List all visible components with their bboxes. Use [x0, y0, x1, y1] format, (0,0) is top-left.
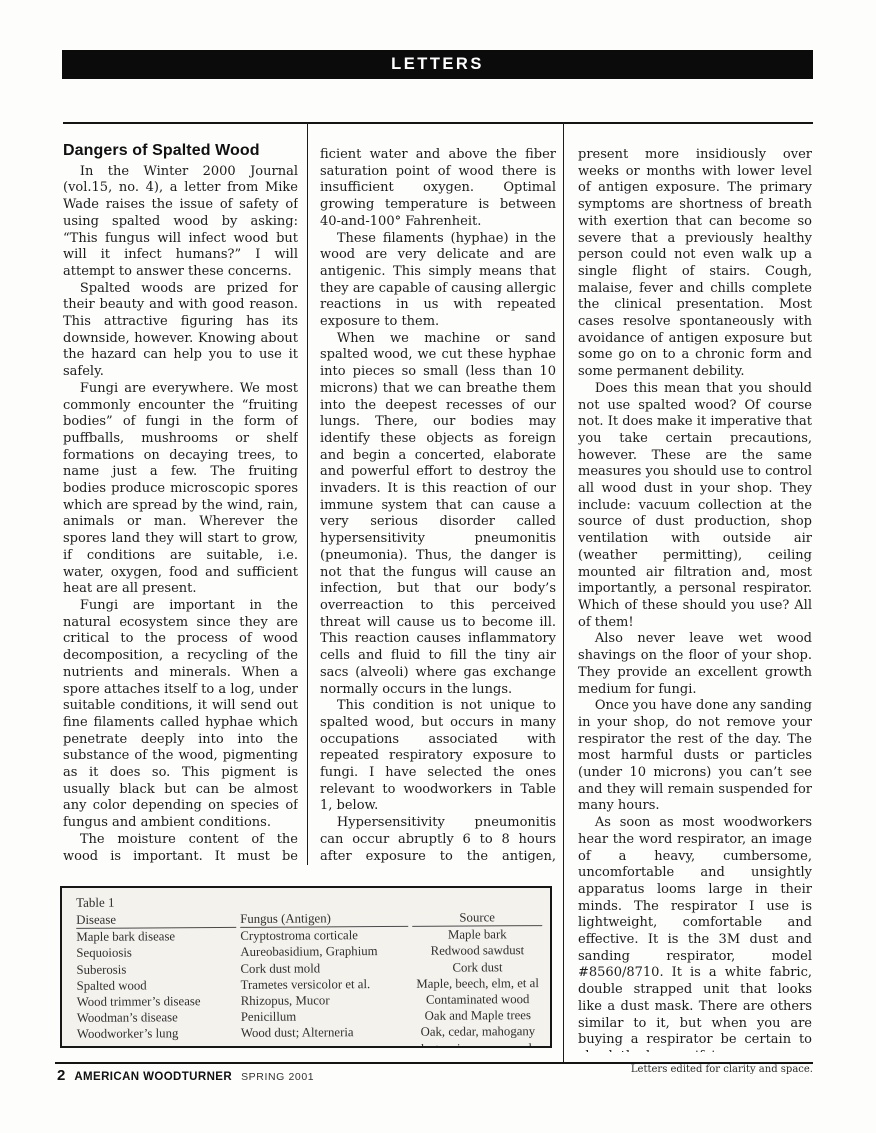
paragraph: Does this mean that you should not use s… — [578, 381, 812, 632]
table-cell: Cork dust mold — [240, 959, 408, 976]
table-cell: Wood trimmer’s disease — [77, 993, 237, 1010]
table-cell: Suberosis — [76, 961, 236, 978]
table-cell: Oak and Maple trees — [413, 1007, 543, 1024]
column-3: present more insidiously over weeks or m… — [578, 147, 812, 1052]
paragraph: Fungi are important in the natural ecosy… — [63, 598, 298, 832]
table-cell: Aureobasidium, Graphium — [240, 943, 408, 960]
table-cell: Cork dust — [412, 959, 542, 976]
table-cell: Penicillum — [241, 1008, 409, 1025]
section-title: LETTERS — [391, 55, 484, 74]
table-1-box: Table 1 Disease Fungus (Antigen) Source … — [60, 886, 552, 1048]
table-cell: Oak, cedar, mahogany dusts; pine, spruce… — [413, 1023, 543, 1048]
table-cell: Contaminated wood — [413, 991, 543, 1008]
column-divider-2 — [563, 122, 564, 1064]
paragraph: As soon as most woodworkers hear the wor… — [578, 815, 812, 1052]
section-header-bar: LETTERS — [62, 50, 813, 79]
article-title: Dangers of Spalted Wood — [63, 143, 298, 160]
table-cell: Wood dust; Alterneria — [241, 1024, 409, 1048]
issue-label: SPRING 2001 — [241, 1071, 314, 1083]
paragraph: present more insidiously over weeks or m… — [578, 147, 812, 381]
table-cell: Rhizopus, Mucor — [241, 992, 409, 1009]
journal-name: AMERICAN WOODTURNER — [74, 1071, 232, 1083]
table-cell: Sequoiosis — [76, 944, 236, 961]
table-cell: Maple, beech, elm, et al — [413, 975, 543, 992]
footer-left: 2 AMERICAN WOODTURNER SPRING 2001 — [57, 1067, 314, 1084]
table-header-disease: Disease — [76, 911, 236, 929]
column-divider-1 — [307, 122, 308, 865]
paragraph: Fungi are everywhere. We most commonly e… — [63, 381, 298, 598]
paragraph: This condition is not unique to spalted … — [320, 698, 556, 815]
table-cell: Maple bark — [412, 926, 542, 943]
column-1: Dangers of Spalted Wood In the Winter 20… — [63, 143, 298, 866]
header-rule — [63, 122, 813, 124]
paragraph: In the Winter 2000 Journal (vol.15, no. … — [63, 164, 298, 281]
paragraph: The moisture content of the wood is impo… — [63, 832, 298, 866]
table-cell: Woodworker’s lung — [77, 1025, 237, 1048]
paragraph: These filaments (hyphae) in the wood are… — [320, 231, 556, 331]
paragraph: ficient water and above the fiber satura… — [320, 147, 556, 231]
table-header-fungus: Fungus (Antigen) — [240, 910, 408, 928]
magazine-page: LETTERS Dangers of Spalted Wood In the W… — [0, 0, 876, 1133]
table-cell: Maple bark disease — [76, 928, 236, 945]
table-cell: Trametes versicolor et al. — [241, 976, 409, 993]
table-1: Table 1 Disease Fungus (Antigen) Source … — [62, 886, 551, 1048]
paragraph: Also never leave wet wood shavings on th… — [578, 631, 812, 698]
table-header-source: Source — [412, 909, 542, 927]
table-cell: Spalted wood — [77, 977, 237, 994]
paragraph: Spalted woods are prized for their beaut… — [63, 281, 298, 381]
paragraph: Hypersensitivity pneumonitis can occur a… — [320, 815, 556, 866]
table-row: Woodworker’s lung Wood dust; Alterneria … — [77, 1023, 543, 1048]
column-2: ficient water and above the fiber satura… — [320, 147, 556, 866]
page-number: 2 — [57, 1067, 65, 1084]
table-cell: Woodman’s disease — [77, 1009, 237, 1026]
paragraph: When we machine or sand spalted wood, we… — [320, 331, 556, 698]
table-caption: Table 1 — [76, 892, 542, 911]
editor-note: Letters edited for clarity and space. — [631, 1064, 813, 1075]
table-cell: Cryptostroma corticale — [240, 927, 408, 944]
table-cell: Redwood sawdust — [412, 942, 542, 959]
paragraph: Once you have done any sanding in your s… — [578, 698, 812, 815]
